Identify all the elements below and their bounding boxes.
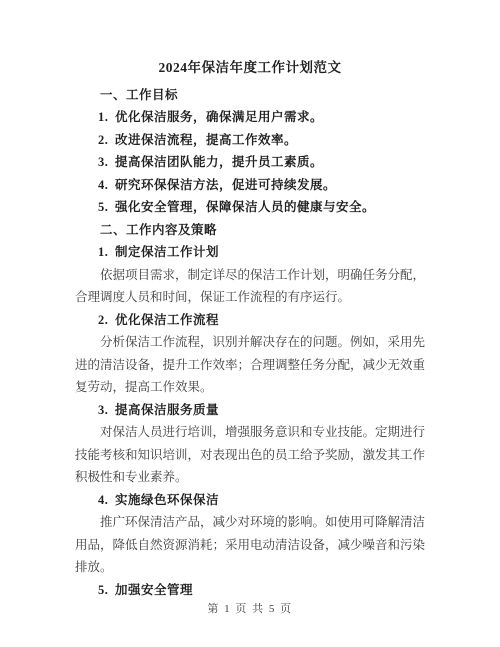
subsection-title: 加强安全管理 [115,583,193,597]
subsection-number: 3. [98,399,115,422]
goal-number: 2. [98,129,115,152]
page-footer: 第 1 页 共 5 页 [0,600,500,616]
subsection-heading: 5.加强安全管理 [98,579,425,602]
goal-text: 优化保洁服务，确保满足用户需求。 [115,110,323,124]
subsection-paragraph: 分析保洁工作流程，识别并解决存在的问题。例如，采用先进的清洁设备，提升工作效率；… [75,331,425,399]
section-heading-content: 二、工作内容及策略 [100,219,425,242]
goal-item: 3.提高保洁团队能力，提升员工素质。 [98,151,425,174]
subsection-paragraph: 依据项目需求，制定详尽的保洁工作计划，明确任务分配，合理调度人员和时间，保证工作… [75,264,425,309]
subsection-heading: 4.实施绿色环保保洁 [98,489,425,512]
goal-number: 3. [98,151,115,174]
subsection-paragraph: 推广环保清洁产品，减少对环境的影响。如使用可降解清洁用品，降低自然资源消耗；采用… [75,511,425,579]
document-page: 2024年保洁年度工作计划范文 一、工作目标 1.优化保洁服务，确保满足用户需求… [0,0,500,647]
goal-text: 提高保洁团队能力，提升员工素质。 [115,155,323,169]
goal-number: 4. [98,174,115,197]
goal-number: 5. [98,196,115,219]
goal-item: 4.研究环保保洁方法，促进可持续发展。 [98,174,425,197]
subsection-heading: 2.优化保洁工作流程 [98,309,425,332]
subsection-number: 2. [98,309,115,332]
subsection-paragraph: 对保洁人员进行培训，增强服务意识和专业技能。定期进行技能考核和知识培训，对表现出… [75,421,425,489]
goal-text: 改进保洁流程，提高工作效率。 [115,133,297,147]
subsection-number: 4. [98,489,115,512]
goal-number: 1. [98,106,115,129]
subsection-number: 1. [98,241,115,264]
document-title: 2024年保洁年度工作计划范文 [75,57,425,80]
subsection-heading: 3.提高保洁服务质量 [98,399,425,422]
subsection-title: 制定保洁工作计划 [115,245,219,259]
subsection-number: 5. [98,579,115,602]
subsection-heading: 1.制定保洁工作计划 [98,241,425,264]
goal-item: 5.强化安全管理，保障保洁人员的健康与安全。 [98,196,425,219]
subsection-title: 实施绿色环保保洁 [115,493,219,507]
goal-text: 研究环保保洁方法，促进可持续发展。 [115,178,336,192]
subsection-title: 优化保洁工作流程 [115,313,219,327]
goal-item: 1.优化保洁服务，确保满足用户需求。 [98,106,425,129]
section-heading-goals: 一、工作目标 [100,84,425,107]
goal-text: 强化安全管理，保障保洁人员的健康与安全。 [115,200,375,214]
subsection-title: 提高保洁服务质量 [115,403,219,417]
goal-item: 2.改进保洁流程，提高工作效率。 [98,129,425,152]
